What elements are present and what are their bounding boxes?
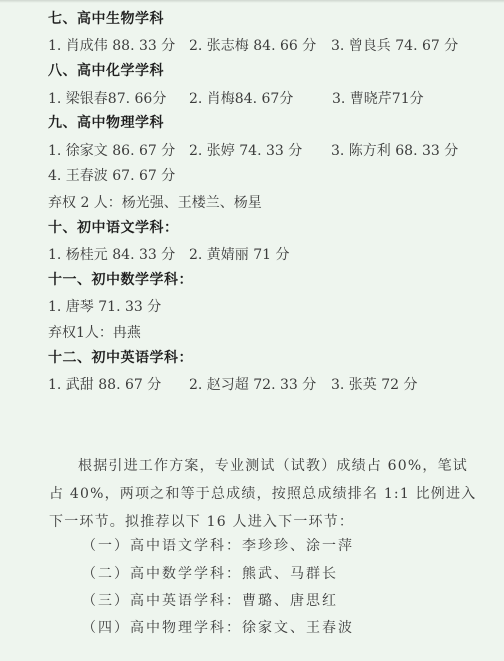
score-entry: 2. 张婷 74. 33 分 — [189, 140, 302, 160]
score-entry: 2. 张志梅 84. 66 分 — [189, 35, 316, 55]
section-heading-biology: 七、高中生物学科 — [48, 8, 164, 28]
score-entry: 1. 唐琴 71. 33 分 — [48, 296, 161, 316]
top-edge-shadow — [0, 0, 504, 3]
score-entry: 1. 徐家文 86. 67 分 — [48, 140, 175, 160]
score-entry: 1. 肖成伟 88. 33 分 — [48, 35, 175, 55]
recommendation-item: （二）高中数学学科：熊武、马群长 — [82, 563, 338, 583]
recommendation-item: （三）高中英语学科：曹璐、唐思红 — [82, 590, 338, 610]
score-entry: 1. 梁银春87. 66分 — [48, 88, 166, 108]
score-entry: 4. 王春波 67. 67 分 — [48, 165, 175, 185]
score-entry: 2. 肖梅84. 67分 — [189, 88, 293, 108]
score-entry: 3. 张英 72 分 — [331, 374, 418, 394]
abstain-note-junior-math: 弃权1人：冉燕 — [48, 322, 141, 342]
recommendation-item: （四）高中物理学科：徐家文、王春波 — [82, 617, 354, 637]
section-heading-junior-math: 十一、初中数学学科： — [48, 269, 193, 289]
score-entry: 2. 赵习超 72. 33 分 — [189, 374, 316, 394]
section-heading-junior-chinese: 十、初中语文学科： — [48, 217, 179, 237]
score-entry: 3. 曾良兵 74. 67 分 — [331, 35, 458, 55]
score-entry: 1. 杨桂元 84. 33 分 — [48, 244, 175, 264]
score-entry: 3. 曹晓芹71分 — [332, 88, 424, 108]
abstain-note-physics: 弃权 2 人：杨光强、王楼兰、杨星 — [48, 192, 262, 212]
score-entry: 3. 陈方利 68. 33 分 — [331, 140, 458, 160]
section-heading-junior-english: 十二、初中英语学科： — [48, 347, 193, 367]
paragraph-line-3: 下一环节。拟推荐以下 16 人进入下一环节： — [49, 511, 354, 531]
recommendation-item: （一）高中语文学科：李珍珍、涂一萍 — [82, 535, 354, 555]
score-entry: 1. 武甜 88. 67 分 — [48, 374, 161, 394]
paragraph-line-1: 根据引进工作方案，专业测试（试教）成绩占 60%，笔试 — [78, 455, 468, 475]
section-heading-physics: 九、高中物理学科 — [48, 112, 164, 132]
score-entry: 2. 黄婧丽 71 分 — [189, 244, 290, 264]
paragraph-line-2: 占 40%，两项之和等于总成绩，按照总成绩排名 1:1 比例进入 — [49, 483, 476, 503]
section-heading-chemistry: 八、高中化学学科 — [48, 60, 164, 80]
